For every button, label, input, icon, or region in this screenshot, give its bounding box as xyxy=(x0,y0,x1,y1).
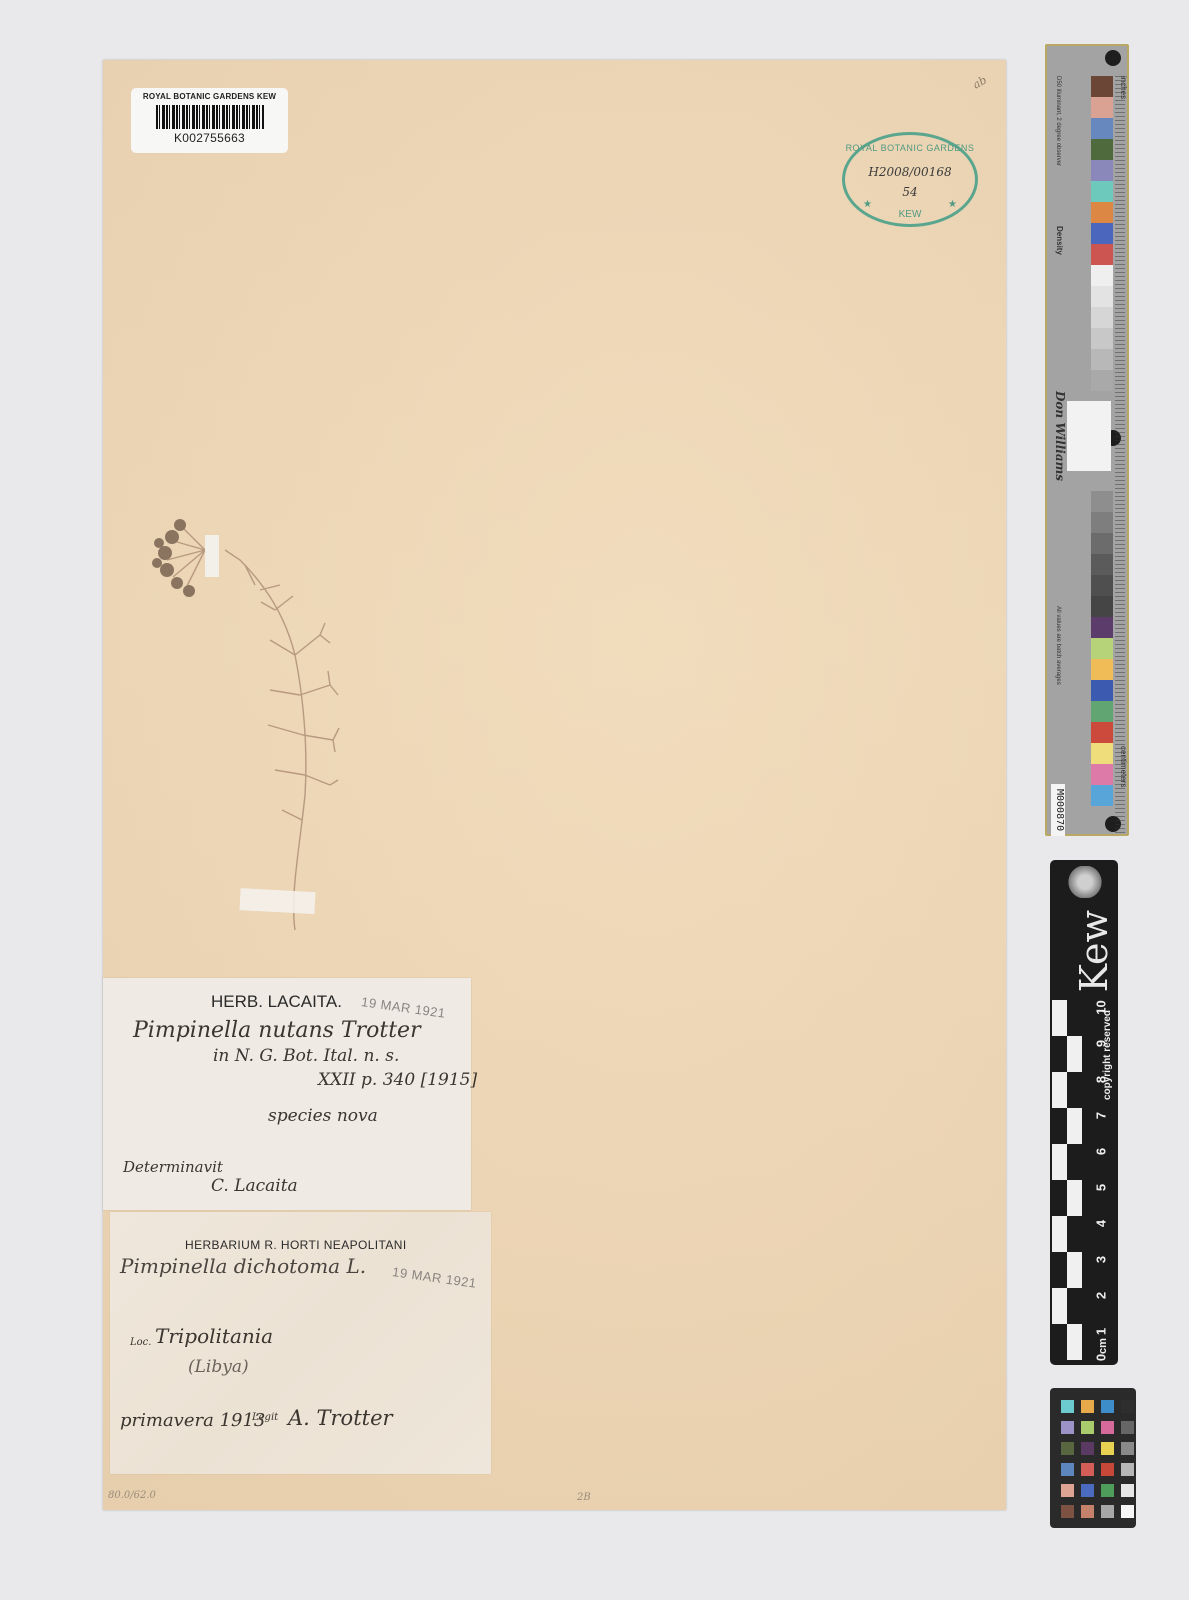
pencil-note-dimensions: 80.0/62.0 xyxy=(108,1490,156,1501)
determiner-name: C. Lacaita xyxy=(211,1176,298,1196)
kew-crest-icon xyxy=(1068,866,1102,898)
ruler-hole-icon xyxy=(1105,50,1121,66)
stamp-arc-text: ROYAL BOTANIC GARDENS xyxy=(845,143,975,153)
color-calibration-ruler: inches centimeters D50 illuminant, 2 deg… xyxy=(1045,44,1129,836)
collector-prefix: Legit xyxy=(252,1412,278,1423)
locality-prefix: Loc. xyxy=(130,1337,151,1348)
original-name-handwritten: Pimpinella dichotoma L. xyxy=(120,1254,366,1278)
density-label: Density xyxy=(1055,226,1064,255)
herbarium-neapolitani-header: HERBARIUM R. HORTI NEAPOLITANI xyxy=(185,1238,407,1252)
swatch-column-bottom xyxy=(1091,491,1113,806)
collection-label: HERBARIUM R. HORTI NEAPOLITANI Pimpinell… xyxy=(110,1212,491,1474)
swatch-column-top xyxy=(1091,76,1113,391)
barcode-label: ROYAL BOTANIC GARDENS KEW K002755663 xyxy=(131,88,288,153)
illuminant-note: D50 illuminant, 2 degree observer xyxy=(1055,76,1061,166)
species-name-handwritten: Pimpinella nutans Trotter xyxy=(133,1018,421,1043)
batch-note: All values are batch averages xyxy=(1055,606,1061,685)
locality: Tripolitania xyxy=(155,1324,273,1348)
scale-bar-pattern xyxy=(1052,1000,1082,1362)
determiner-prefix: Determinavit xyxy=(123,1158,223,1176)
kew-logo: Kew xyxy=(1072,910,1116,992)
collection-date: primavera 1913 xyxy=(120,1410,265,1431)
barcode-institution: ROYAL BOTANIC GARDENS KEW xyxy=(131,92,288,101)
ruler-mm-ticks xyxy=(1115,76,1125,836)
brand-label: Don Williams xyxy=(1053,391,1067,481)
stamp-accession-number: H2008/00168 xyxy=(845,165,975,179)
copyright-text: copyright reserved xyxy=(1102,1010,1113,1100)
date-stamp: 19 MAR 1921 xyxy=(391,1264,477,1291)
pressed-plant-specimen xyxy=(145,515,345,935)
ruler-inset-scale xyxy=(1067,401,1111,471)
kew-cm-scale: Kew 10 9 8 7 6 5 4 3 2 1 0 copyright res… xyxy=(1050,860,1118,1365)
cm-unit-label: cm xyxy=(1097,1335,1109,1357)
citation-line-2: XXII p. 340 [1915] xyxy=(318,1070,477,1090)
country: (Libya) xyxy=(188,1357,249,1377)
barcode-bars xyxy=(156,105,264,129)
citation-line-1: in N. G. Bot. Ital. n. s. xyxy=(213,1046,399,1066)
barcode-number: K002755663 xyxy=(131,131,288,145)
date-stamp: 19 MAR 1921 xyxy=(360,994,446,1021)
catalog-code: M000870 xyxy=(1051,784,1065,836)
collector-name: A. Trotter xyxy=(288,1406,393,1430)
pencil-note-center: 2B xyxy=(577,1492,591,1503)
accession-stamp: ROYAL BOTANIC GARDENS H2008/00168 54 ★ ★… xyxy=(842,132,978,227)
herb-lacaita-header: HERB. LACAITA. xyxy=(211,992,342,1012)
color-checker-card xyxy=(1050,1388,1136,1528)
stamp-sheet-number: 54 xyxy=(845,185,975,199)
stamp-kew-text: KEW xyxy=(845,209,975,220)
species-nova-note: species nova xyxy=(268,1106,378,1126)
determination-label: HERB. LACAITA. 19 MAR 1921 Pimpinella nu… xyxy=(103,978,471,1210)
